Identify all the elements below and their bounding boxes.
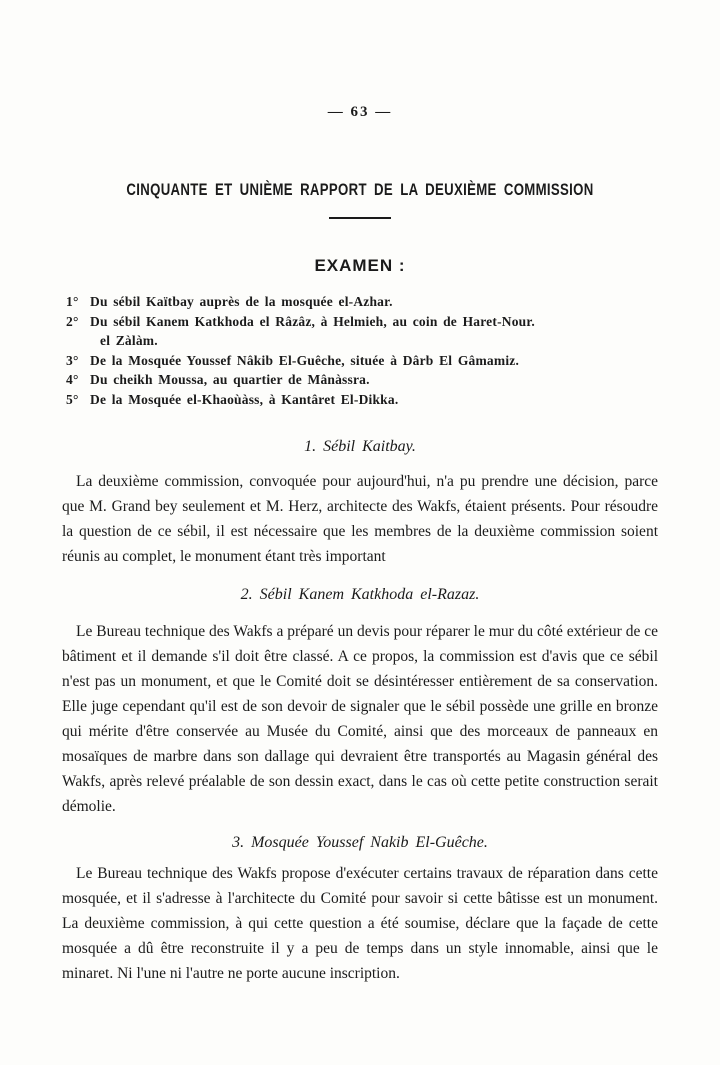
section-2-paragraph: Le Bureau technique des Wakfs a préparé … <box>62 619 658 819</box>
agenda-list: 1°Du sébil Kaïtbay auprès de la mosquée … <box>66 292 662 409</box>
report-title: CINQUANTE ET UNIÈME RAPPORT DE LA DEUXIÈ… <box>72 181 648 200</box>
document-page: — 63 — CINQUANTE ET UNIÈME RAPPORT DE LA… <box>0 0 720 1065</box>
agenda-item-5: 5°De la Mosquée el-Khaoùàss, à Kantâret … <box>66 390 662 410</box>
examen-heading: EXAMEN : <box>0 256 720 276</box>
agenda-item-text: Du sébil Kanem Katkhoda el Râzâz, à Helm… <box>90 314 535 329</box>
agenda-item-marker: 5° <box>66 390 90 410</box>
section-3-heading: 3. Mosquée Youssef Nakib El-Guêche. <box>0 833 720 853</box>
section-2-heading: 2. Sébil Kanem Katkhoda el-Razaz. <box>0 585 720 605</box>
agenda-item-2: 2°Du sébil Kanem Katkhoda el Râzâz, à He… <box>66 312 662 351</box>
agenda-item-continuation: el Zàlàm. <box>66 331 662 351</box>
agenda-item-3: 3°De la Mosquée Youssef Nâkib El-Guêche,… <box>66 351 662 371</box>
agenda-item-marker: 3° <box>66 351 90 371</box>
agenda-item-text: De la Mosquée Youssef Nâkib El-Guêche, s… <box>90 353 519 368</box>
agenda-item-text: Du cheikh Moussa, au quartier de Mânàssr… <box>90 372 370 387</box>
section-1-heading: 1. Sébil Kaitbay. <box>0 437 720 457</box>
agenda-item-marker: 1° <box>66 292 90 312</box>
page-number: — 63 — <box>0 0 720 121</box>
agenda-item-marker: 2° <box>66 312 90 332</box>
agenda-item-4: 4°Du cheikh Moussa, au quartier de Mânàs… <box>66 370 662 390</box>
section-1-paragraph: La deuxième commission, convoquée pour a… <box>62 469 658 569</box>
agenda-item-marker: 4° <box>66 370 90 390</box>
agenda-item-text: De la Mosquée el-Khaoùàss, à Kantâret El… <box>90 392 398 407</box>
title-divider-rule <box>329 217 391 219</box>
agenda-item-text: Du sébil Kaïtbay auprès de la mosquée el… <box>90 294 393 309</box>
section-3-paragraph: Le Bureau technique des Wakfs propose d'… <box>62 861 658 986</box>
agenda-item-1: 1°Du sébil Kaïtbay auprès de la mosquée … <box>66 292 662 312</box>
